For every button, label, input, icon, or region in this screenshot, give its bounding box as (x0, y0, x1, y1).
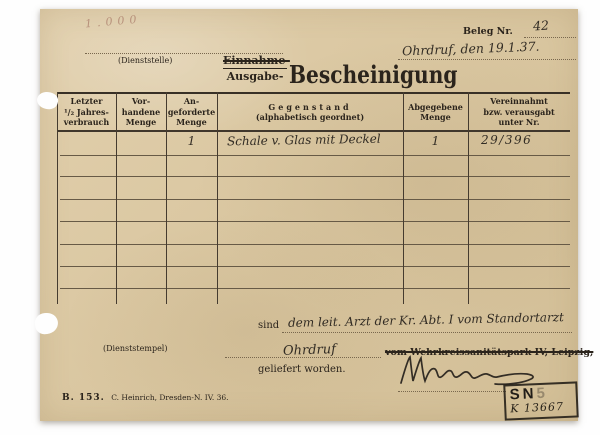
date-handwritten: Ohrdruf, den 19.1.37. (402, 39, 540, 59)
header-line: Abgegebene (403, 102, 468, 112)
row-rule (60, 288, 570, 289)
title-einnahme-struck: Einnahme- (223, 54, 287, 69)
place-handwritten: Ohrdruf (283, 342, 336, 359)
place-line: Ohrdruf (225, 339, 381, 358)
printer-line: C. Heinrich, Dresden-N. IV. 36. (111, 393, 228, 402)
title-ausgabe: Ausgabe- (223, 70, 287, 83)
header-line: unter Nr. (468, 117, 570, 127)
header-line: bzw. verausgabt (468, 107, 570, 117)
beleg-number: 42 (532, 17, 549, 33)
stamp-faded-char: 5 (536, 385, 545, 402)
header-gegenstand: Gegenstand (alphabetisch geordnet) (217, 94, 403, 130)
row1-angeforderte-menge: 1 (166, 134, 217, 148)
recipient-handwritten: dem leit. Arzt der Kr. Abt. I vom Stando… (288, 310, 564, 330)
header-line: Vereinnahmt (468, 96, 570, 106)
dienststelle-line (85, 41, 283, 54)
dienststempel-label: (Dienststempel) (103, 344, 167, 353)
row-rule (60, 199, 570, 200)
header-line: Menge (403, 112, 468, 122)
recipient-line: dem leit. Arzt der Kr. Abt. I vom Stando… (282, 309, 572, 333)
table-header-rule (57, 130, 570, 132)
header-line: Vor- (116, 96, 166, 106)
title-alternatives: Einnahme- Ausgabe- (223, 54, 287, 83)
header-letzter-jahresverbrauch: Letzter ¹/₂ Jahres- verbrauch (57, 94, 116, 130)
beleg-number-line (524, 23, 576, 38)
row-rule (60, 244, 570, 245)
title-main: Bescheinigung (289, 60, 457, 89)
archive-stamp: SN5 K 13667 (503, 381, 578, 420)
row1-abgegebene-menge: 1 (403, 134, 468, 148)
geliefert-label: geliefert worden. (258, 364, 346, 375)
form-paper: 1.000 Beleg Nr. 42 Ohrdruf, den 19.1.37.… (40, 9, 578, 421)
header-line: (alphabetisch geordnet) (217, 112, 403, 122)
date-line: Ohrdruf, den 19.1.37. (398, 38, 576, 60)
row-rule (60, 266, 570, 267)
sind-label: sind (258, 320, 279, 331)
scanned-document: 1.000 Beleg Nr. 42 Ohrdruf, den 19.1.37.… (0, 0, 600, 435)
stamp-number: K 13667 (510, 401, 572, 415)
beleg-label: Beleg Nr. (463, 26, 513, 37)
form-number: B. 153. (62, 393, 105, 403)
dienststelle-label: (Dienststelle) (118, 56, 172, 65)
header-line: verbrauch (57, 117, 116, 127)
row1-gegenstand: Schale v. Glas mit Deckel (227, 132, 381, 149)
header-line: handene (116, 107, 166, 117)
printer-imprint: B. 153. C. Heinrich, Dresden-N. IV. 36. (62, 393, 229, 403)
header-line: Gegenstand (217, 102, 403, 112)
header-line: Menge (116, 117, 166, 127)
header-line: Letzter (57, 96, 116, 106)
row-rule (60, 155, 570, 156)
row-rule (60, 221, 570, 222)
header-angeforderte-menge: An- geforderte Menge (166, 94, 217, 130)
items-table: Letzter ¹/₂ Jahres- verbrauch Vor- hande… (57, 92, 570, 304)
header-vorhandene-menge: Vor- handene Menge (116, 94, 166, 130)
header-line: An- (166, 96, 217, 106)
row-rule (60, 176, 570, 177)
row1-vereinnahmt-nr: 29/396 (481, 133, 532, 147)
header-abgegebene-menge: Abgegebene Menge (403, 94, 468, 130)
header-line: geforderte (166, 107, 217, 117)
header-vereinnahmt-nr: Vereinnahmt bzw. verausgabt unter Nr. (468, 94, 570, 130)
header-line: ¹/₂ Jahres- (57, 107, 116, 117)
pencil-note: 1.000 (85, 13, 142, 31)
signature-line (398, 390, 506, 392)
header-line: Menge (166, 117, 217, 127)
